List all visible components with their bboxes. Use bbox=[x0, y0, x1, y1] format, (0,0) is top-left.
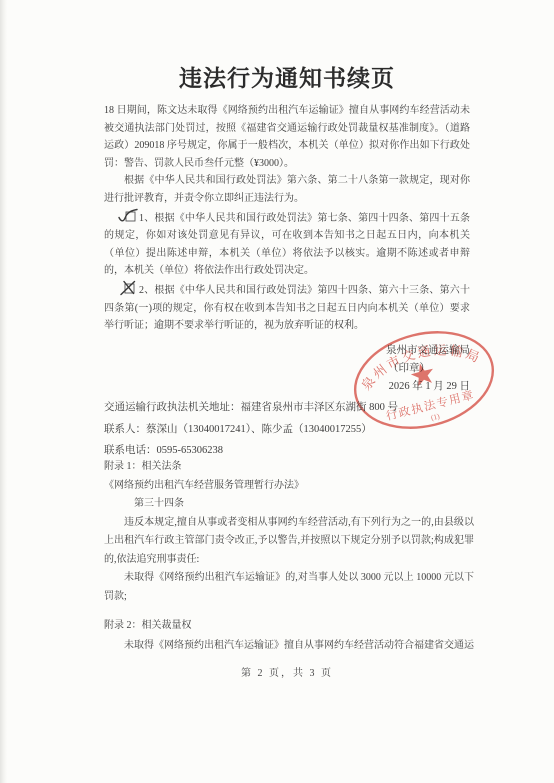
appendix-2-label: 附录 2：相关裁量权 bbox=[104, 616, 474, 636]
page-number-indicator: 第 2 页，共 3 页 bbox=[104, 664, 470, 679]
scanned-notice-page: 违法行为通知书续页 18 日期间，陈文达未取得《网络预约出租汽车运输证》擅自从事… bbox=[0, 0, 554, 783]
notice-body: 18 日期间，陈文达未取得《网络预约出租汽车运输证》擅自从事网约车经营活动未被交… bbox=[104, 102, 470, 335]
paragraph-education-order: 根据《中华人民共和国行政处罚法》第六条、第二十八条第一款规定，现对你进行批评教育… bbox=[104, 172, 470, 207]
paragraph-penalty-description: 18 日期间，陈文达未取得《网络预约出租汽车运输证》擅自从事网约车经营活动未被交… bbox=[104, 102, 470, 172]
seal-note: （印章） bbox=[104, 360, 470, 378]
option-hearing-right: 2、根据《中华人民共和国行政处罚法》第四十四条、第六十三条、第六十四条第(一)项… bbox=[104, 280, 470, 335]
appendix-1-article-body: 违反本规定,擅自从事或者变相从事网约车经营活动,有下列行为之一的,由县级以上出租… bbox=[104, 514, 474, 570]
issuing-authority-name: 泉州市交通运输局 bbox=[104, 342, 470, 360]
appendix-1-penalty-clause: 未取得《网络预约出租汽车运输证》的,对当事人处以 3000 元以上 10000 … bbox=[104, 569, 474, 606]
contact-persons: 联系人：蔡深山（13040017241）、陈少孟（13040017255） bbox=[104, 419, 470, 441]
checkbox-crossed-icon bbox=[118, 280, 138, 296]
appendix-1-article-number: 第三十四条 bbox=[104, 495, 474, 514]
appendix-2-body: 未取得《网络预约出租汽车运输证》擅自从事网约车经营活动符合福建省交通运 bbox=[104, 636, 474, 656]
contact-block: 交通运输行政执法机关地址：福建省泉州市丰泽区东湖街 800 号 联系人：蔡深山（… bbox=[104, 397, 470, 462]
issue-date: 2026 年 1 月 29 日 bbox=[104, 378, 470, 396]
enforcement-agency-address: 交通运输行政执法机关地址：福建省泉州市丰泽区东湖街 800 号 bbox=[104, 397, 470, 419]
appendix-2-discretion: 附录 2：相关裁量权 未取得《网络预约出租汽车运输证》擅自从事网约车经营活动符合… bbox=[104, 616, 474, 656]
checkbox-checked-icon bbox=[118, 208, 138, 224]
option-statement-defense: 1、根据《中华人民共和国行政处罚法》第七条、第四十四条、第四十五条的规定，你如对… bbox=[104, 208, 470, 280]
option-hearing-right-text: 2、根据《中华人民共和国行政处罚法》第四十四条、第六十三条、第六十四条第(一)项… bbox=[104, 285, 470, 331]
option-statement-defense-text: 1、根据《中华人民共和国行政处罚法》第七条、第四十四条、第四十五条的规定，你如对… bbox=[104, 213, 470, 277]
page-title: 违法行为通知书续页 bbox=[104, 60, 470, 93]
appendix-1-legal-provisions: 附录 1：相关法条 《网络预约出租汽车经营服务管理暂行办法》 第三十四条 违反本… bbox=[104, 458, 474, 606]
appendix-1-law-title: 《网络预约出租汽车经营服务管理暂行办法》 bbox=[104, 477, 474, 496]
appendix-1-label: 附录 1：相关法条 bbox=[104, 458, 474, 477]
signature-block: 泉州市交通运输局 （印章） 2026 年 1 月 29 日 bbox=[104, 342, 470, 396]
